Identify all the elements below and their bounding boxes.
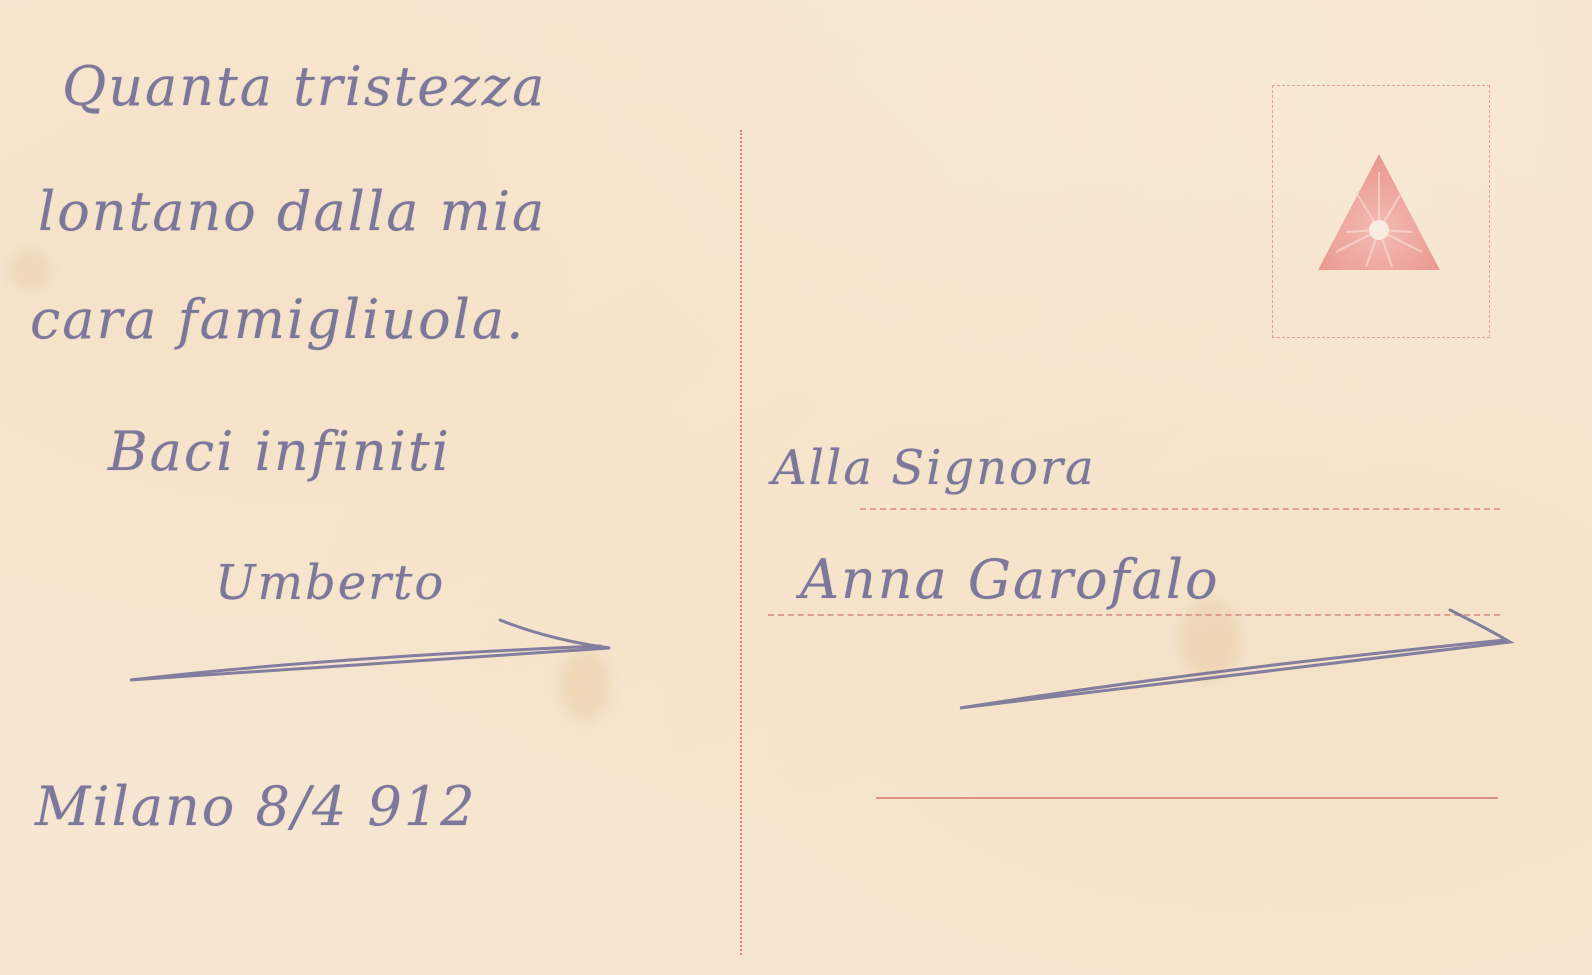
signature-underline bbox=[120, 610, 620, 690]
signature: Umberto bbox=[215, 555, 445, 611]
place-and-date: Milano 8/4 912 bbox=[35, 775, 477, 838]
center-divider bbox=[740, 130, 742, 955]
address-line-1 bbox=[860, 508, 1500, 510]
message-line-2: lontano dalla mia bbox=[38, 180, 546, 243]
message-line-1: Quanta tristezza bbox=[62, 55, 546, 118]
triangle-sunburst-icon bbox=[1316, 152, 1442, 272]
message-line-3: cara famigliuola. bbox=[30, 288, 525, 351]
message-line-4: Baci infiniti bbox=[108, 420, 451, 483]
address-salutation: Alla Signora bbox=[772, 440, 1096, 496]
postcard-back: Quanta tristezza lontano dalla mia cara … bbox=[0, 0, 1592, 975]
recipient-underline bbox=[950, 590, 1520, 720]
address-line-3 bbox=[876, 797, 1498, 799]
paper-stain bbox=[10, 250, 50, 290]
